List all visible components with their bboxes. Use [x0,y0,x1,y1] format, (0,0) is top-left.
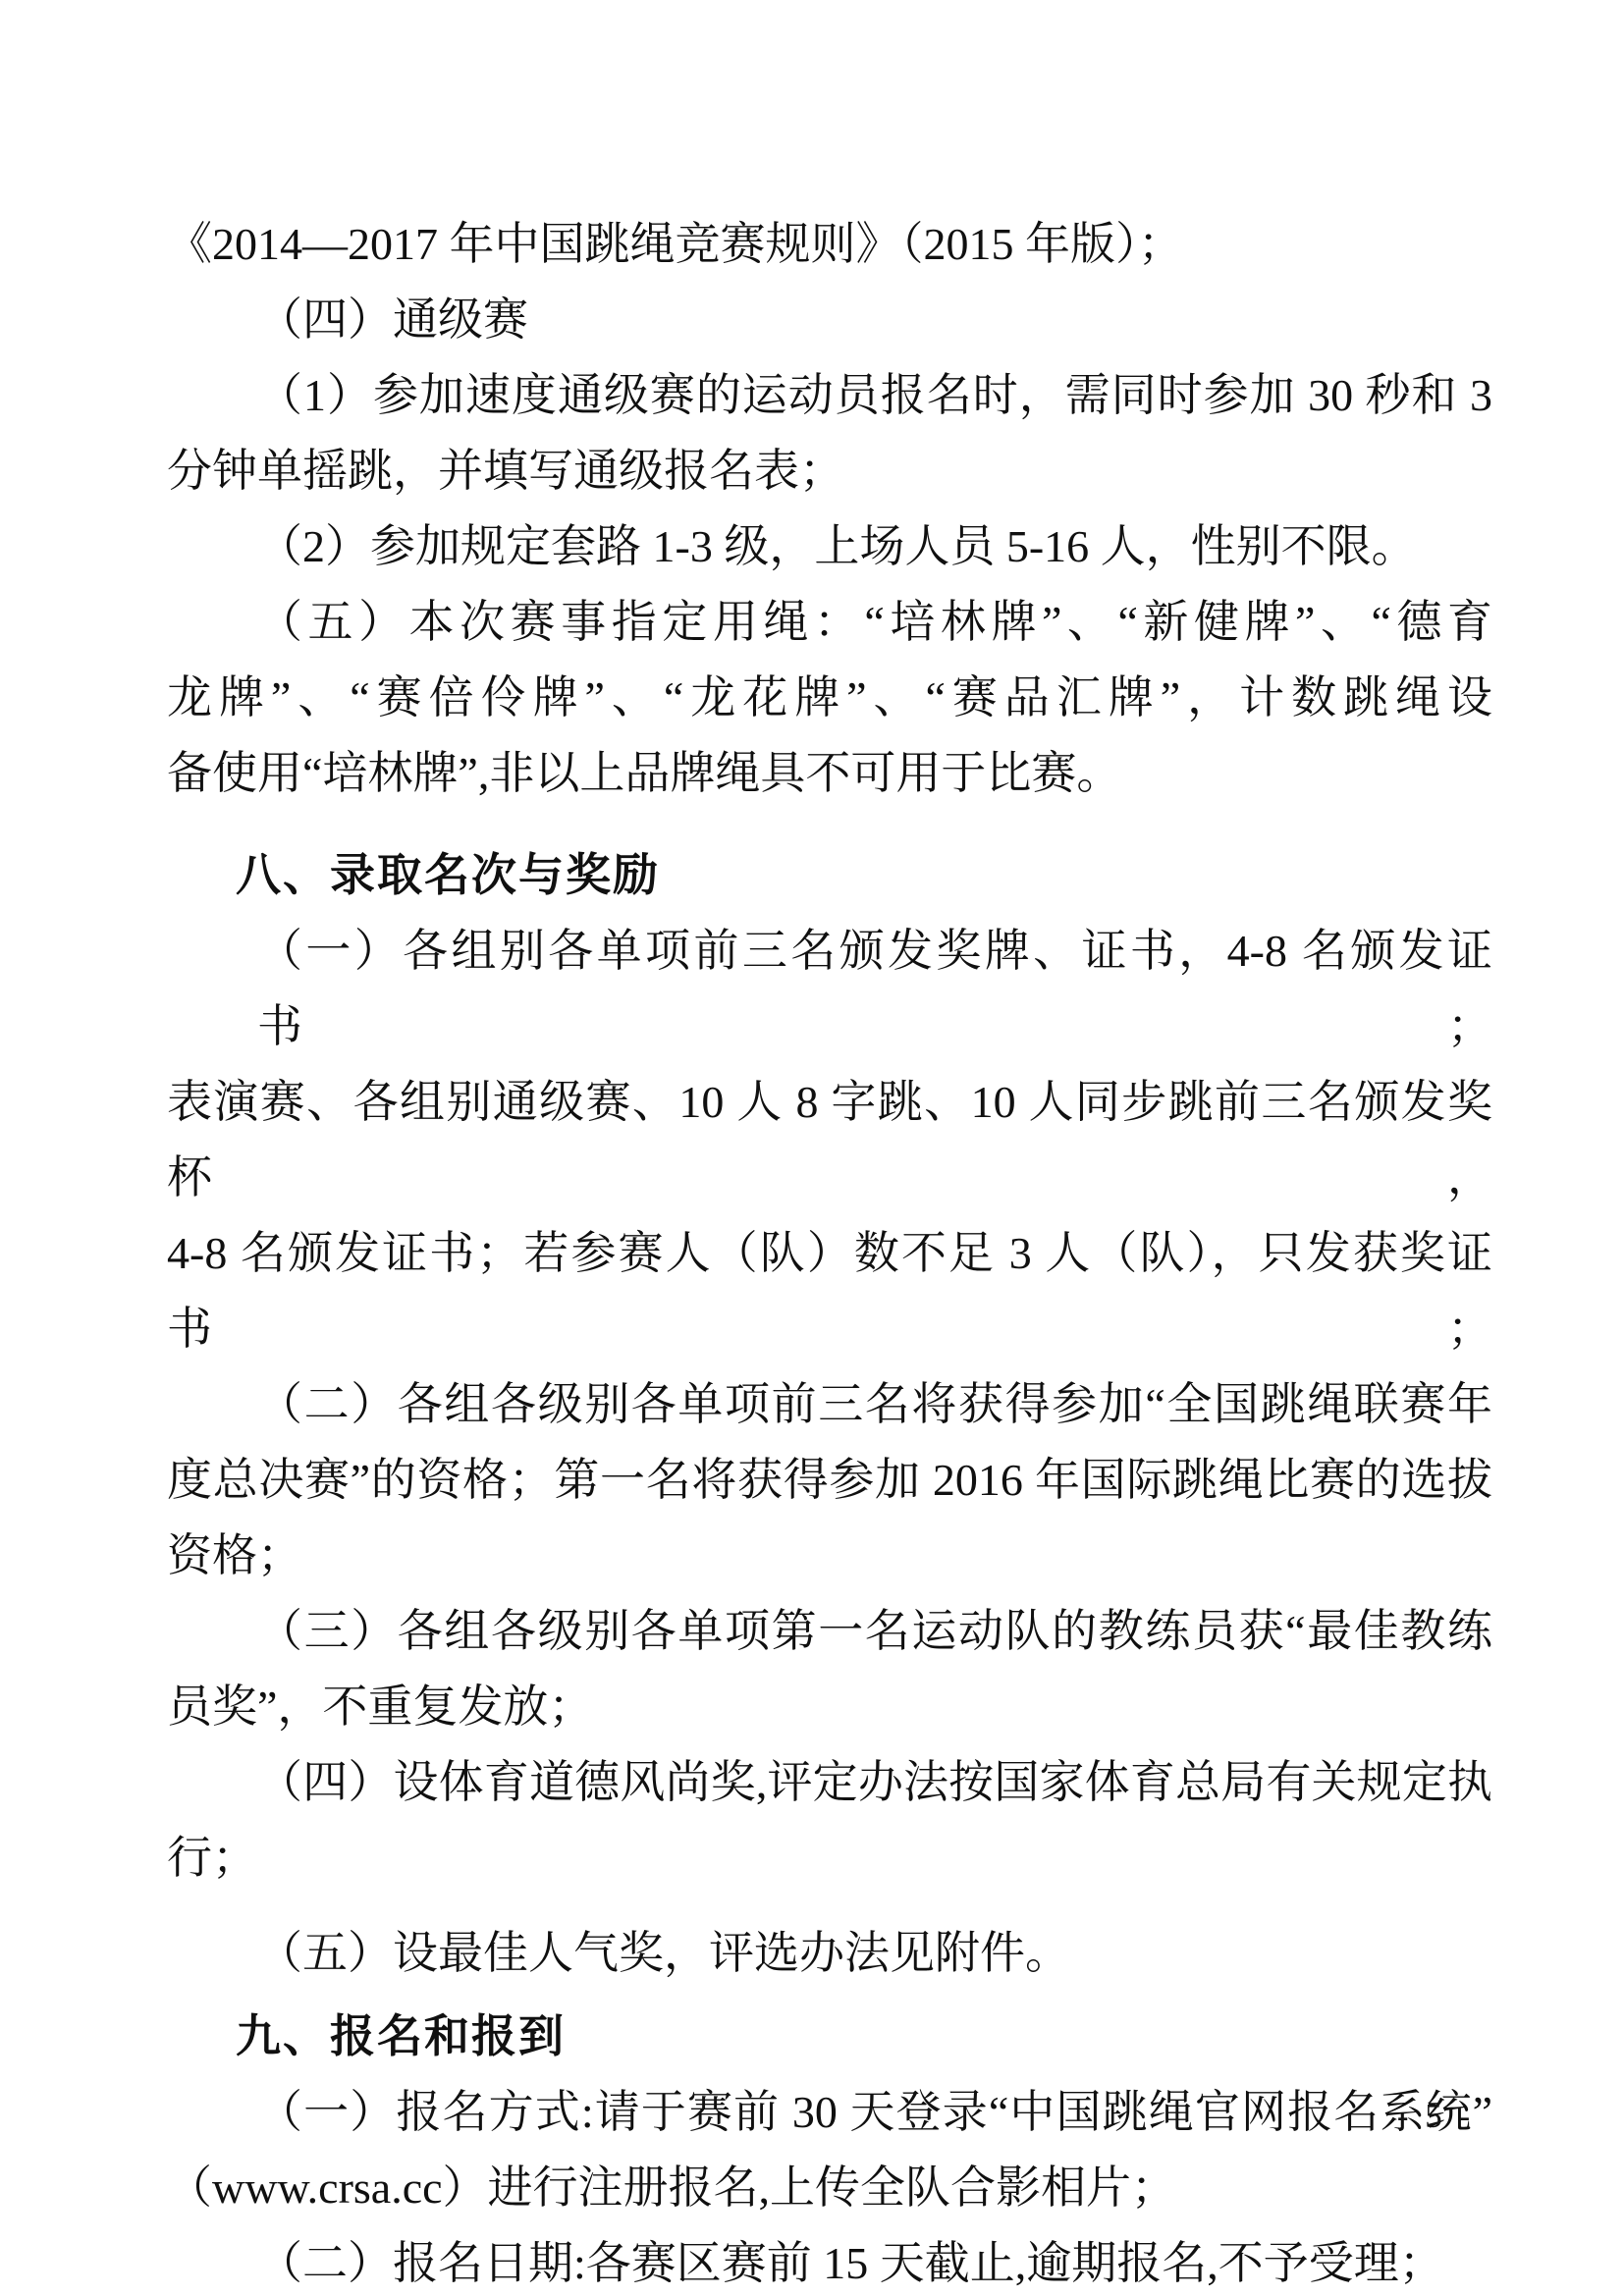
paragraph-line: （一）报名方式:请于赛前 30 天登录“中国跳绳官网报名系统” [167,2074,1492,2150]
paragraph-line: （四）设体育道德风尚奖,评定办法按国家体育总局有关规定执 [167,1744,1492,1820]
paragraph-line: 分钟单摇跳，并填写通级报名表； [167,433,1492,508]
paragraph-line: 《2014—2017 年中国跳绳竞赛规则》（2015 年版）； [167,206,1492,282]
paragraph-line: （五）本次赛事指定用绳：“培林牌”、“新健牌”、“德育 [167,584,1492,660]
paragraph-line: （www.crsa.cc）进行注册报名,上传全队合影相片； [167,2150,1492,2225]
paragraph-line: （二）各组各级别各单项前三名将获得参加“全国跳绳联赛年 [167,1366,1492,1442]
paragraph-line: 4-8 名颁发证书；若参赛人（队）数不足 3 人（队），只发获奖证书； [167,1215,1492,1366]
paragraph-line: 员奖”，不重复发放； [167,1669,1492,1744]
paragraph-line: 资格； [167,1518,1492,1593]
paragraph-line: 行； [167,1820,1492,1896]
paragraph-line: 备使用“培林牌”,非以上品牌绳具不可用于比赛。 [167,735,1492,811]
document-text-block: 《2014—2017 年中国跳绳竞赛规则》（2015 年版）； （四）通级赛 （… [167,206,1492,2296]
paragraph-line: 表演赛、各组别通级赛、10 人 8 字跳、10 人同步跳前三名颁发奖杯， [167,1064,1492,1215]
paragraph-line: （一）各组别各单项前三名颁发奖牌、证书，4-8 名颁发证书； [167,913,1492,1064]
paragraph-line: （2）参加规定套路 1-3 级，上场人员 5-16 人，性别不限。 [167,508,1492,584]
page-number: - 5 - [1367,2087,1504,2146]
paragraph-line: （五）设最佳人气奖，评选办法见附件。 [167,1915,1492,1991]
paragraph-line: （二）报名日期:各赛区赛前 15 天截止,逾期报名,不予受理； [167,2225,1492,2296]
paragraph-line: （四）通级赛 [167,282,1492,357]
section-heading-registration: 九、报名和报到 [167,1999,1492,2074]
paragraph-line: 龙牌”、“赛倍伶牌”、“龙花牌”、“赛品汇牌”，计数跳绳设 [167,660,1492,735]
section-heading-awards: 八、录取名次与奖励 [167,837,1492,913]
paragraph-line: （三）各组各级别各单项第一名运动队的教练员获“最佳教练 [167,1593,1492,1669]
document-page: 《2014—2017 年中国跳绳竞赛规则》（2015 年版）； （四）通级赛 （… [0,0,1624,2296]
paragraph-line: （1）参加速度通级赛的运动员报名时，需同时参加 30 秒和 3 [167,357,1492,433]
paragraph-line: 度总决赛”的资格；第一名将获得参加 2016 年国际跳绳比赛的选拔 [167,1442,1492,1518]
